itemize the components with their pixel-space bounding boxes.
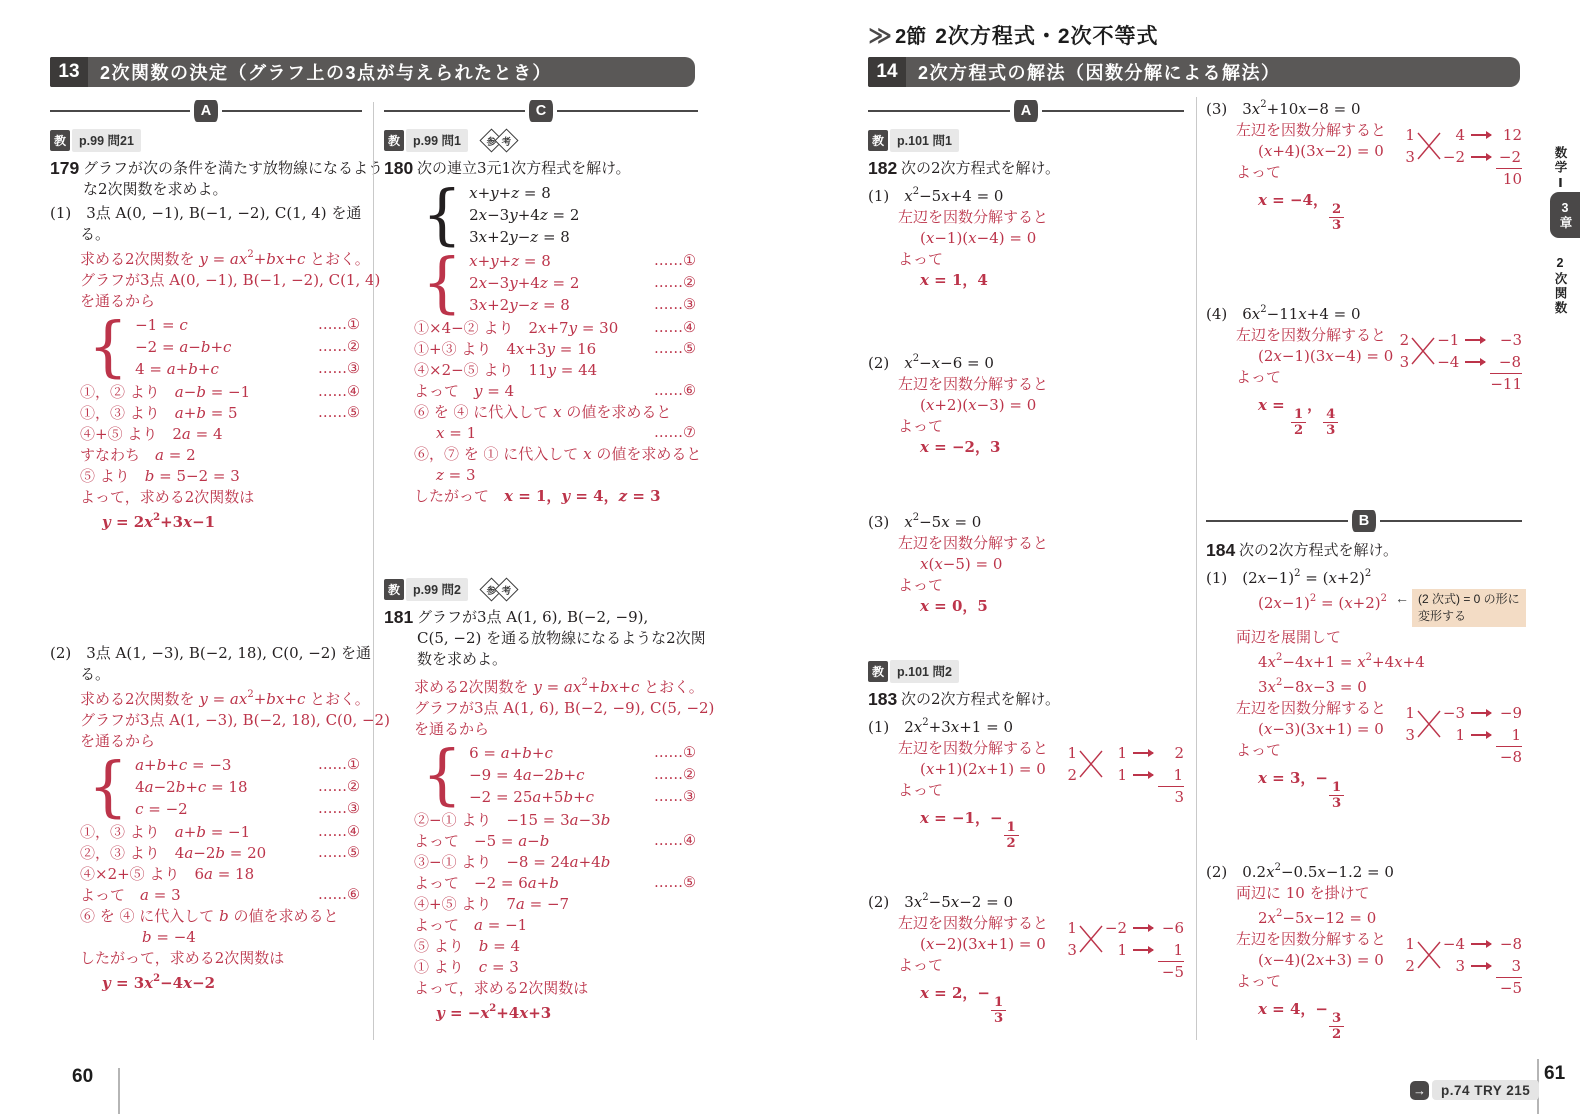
right-arrow-icon [1465, 361, 1485, 363]
chapter-section-heading: ≫ 2節 2次方程式・2次不等式 [868, 20, 1159, 50]
line-text: 3x+2y−z = 8 [469, 228, 570, 246]
solution-line: 左辺を因数分解すると [1206, 120, 1405, 141]
equation-number-marker: ……③ [318, 358, 360, 380]
cross-middle-factors: 4−2 [1443, 124, 1465, 168]
solution-line: 左辺を因数分解すると [868, 533, 1184, 554]
problem: 183次の2次方程式を解け。 [868, 689, 1184, 710]
cross-products: −3−8−11 [1490, 329, 1522, 395]
arrow-row [1471, 146, 1491, 168]
cross-product: −8 [1490, 351, 1522, 373]
textbook-icon: 教 [868, 661, 888, 682]
textbook-page-ref: p.101 問1 [890, 129, 959, 152]
solution-line: ①×4−② より 2x+7y = 30……④ [384, 318, 698, 339]
line-text: (2x−1)(3x−4) = 0 [1258, 347, 1393, 365]
spacer [1206, 234, 1522, 300]
solution-row: 左辺を因数分解すると(x+1)(2x+1) = 0よって1211213 [868, 738, 1184, 808]
line-text: −2 = a−b+c [135, 338, 231, 356]
right-arrow-icon [1471, 156, 1491, 158]
line-text: 3x+2y−z = 8 [469, 296, 570, 314]
equation-number-marker: ……⑤ [318, 403, 360, 424]
solution-line: よって [868, 249, 1184, 270]
solution-line: したがって x = 1，y = 4，z = 3 [384, 486, 698, 507]
section-heading-number: 2節 [895, 20, 926, 49]
solution-row-lines: 左辺を因数分解すると(x−2)(3x+1) = 0よって [868, 913, 1067, 976]
cross-multiplication-diagram: 13−21−61−5 [1067, 917, 1184, 983]
cross-product: 2 [1158, 742, 1184, 764]
line-text: (3) 3x2+10x−8 = 0 [1206, 100, 1361, 118]
problem-text-line: (2) 3x2−5x−2 = 0 [868, 888, 1184, 913]
line-text: よって [1236, 368, 1281, 386]
solution-line: ⑥ を ④ に代入して b の値を求めると [50, 906, 362, 927]
system-rows: x+y+z = 82x−3y+4z = 23x+2y−z = 8 [469, 182, 698, 248]
line-text: (x−4)(2x+3) = 0 [1258, 951, 1384, 969]
equation-number-marker: ……① [318, 314, 360, 336]
solution-line: よって，求める2次関数は [384, 978, 698, 999]
solution-row-lines: 左辺を因数分解すると(x+1)(2x+1) = 0よって [868, 738, 1067, 801]
solution-line: x = −1，−12 [868, 808, 1184, 852]
solution-line: x+y+z = 8……① [469, 250, 698, 272]
solution-line: y = 2x2+3x−1 [50, 508, 362, 533]
solution-line: ①，③ より a+b = −1……④ [50, 822, 362, 843]
cross-arrows [1133, 742, 1153, 786]
line-text: 両辺を展開して [1236, 628, 1341, 646]
equation-number-marker: ……③ [654, 786, 696, 808]
reference-badge: 参考 [484, 581, 514, 598]
equation-system: {a+b+c = −3……①4a−2b+c = 18……②c = −2……③ [88, 754, 362, 820]
line-text: ①，③ より a+b = 5 [80, 404, 238, 422]
line-text: (x−2)(3x+1) = 0 [920, 935, 1046, 953]
cross-lines-icon [1079, 745, 1103, 787]
textbook-page-ref: p.99 問2 [406, 578, 468, 601]
cross-arrows [1471, 702, 1491, 746]
problem-text-line: (3) x2−5x = 0 [868, 508, 1184, 533]
cross-left-factors: 23 [1400, 329, 1410, 373]
problem-number: 182 [868, 158, 901, 179]
arrow-glyph: → [1413, 1083, 1426, 1098]
line-text: x = 1，4 [920, 271, 988, 289]
solution-line: よって a = −1 [384, 915, 698, 936]
section-level-marker: A [50, 100, 362, 122]
spacer [1206, 438, 1522, 510]
line-text: −9 = 4a−2b+c [469, 766, 584, 784]
problem-number: 180 [384, 158, 417, 179]
problem-number: 181 [384, 607, 417, 670]
equation-number-marker: ……② [654, 764, 696, 786]
line-text: x = 2，−13 [920, 984, 1007, 1002]
reference-badge-diamond: 考 [494, 128, 518, 152]
line-text: 2x−3y+4z = 2 [469, 206, 579, 224]
problem-text-line: (1) x2−5x+4 = 0 [868, 182, 1184, 207]
line-text: (4) 6x2−11x+4 = 0 [1206, 305, 1361, 323]
sidebar-subject-label: 数学Ⅰ [1551, 146, 1569, 192]
cross-multiplication-diagram: 134−212−210 [1405, 124, 1522, 190]
line-text: を通るから [80, 292, 155, 310]
solution-line: 左辺を因数分解すると [868, 207, 1184, 228]
solution-line: ①，② より a−b = −1……④ [50, 382, 362, 403]
line-text: y = 3x2−4x−2 [102, 974, 215, 992]
section-number-14: 14 [868, 57, 906, 87]
cross-value: 2 [1405, 955, 1415, 977]
solution-line: ④×2+⑤ より 6a = 18 [50, 864, 362, 885]
section-level-marker: A [868, 100, 1184, 122]
cross-product-underlined: 1 [1158, 939, 1184, 962]
line-text: x = 3，−13 [1258, 769, 1345, 787]
line-text: ① より c = 3 [414, 958, 519, 976]
line-text: x = 1 [436, 424, 476, 442]
cross-value: −4 [1437, 351, 1459, 373]
right-arrow-icon [1133, 752, 1153, 754]
arrow-row [1471, 702, 1491, 724]
solution-line: 求める2次関数を y = ax2+bx+c とおく。 [50, 245, 362, 270]
line-text: (x+1)(2x+1) = 0 [920, 760, 1046, 778]
line-text: ④×2+⑤ より 6a = 18 [80, 865, 254, 883]
textbook-icon: 教 [384, 130, 404, 151]
solution-line: ④+⑤ より 7a = −7 [384, 894, 698, 915]
section-number-13: 13 [50, 57, 88, 87]
line-text: 4x2−4x+1 = x2+4x+4 [1258, 653, 1425, 671]
line-text: 左辺を因数分解すると [1236, 326, 1386, 344]
line-text: る。 [80, 225, 110, 243]
cross-value: −3 [1443, 702, 1465, 724]
line-text: 求める2次関数を y = ax2+bx+c とおく。 [80, 250, 370, 268]
solution-row: 左辺を因数分解すると(x−3)(3x+1) = 0よって13−31−91−8 [1206, 698, 1522, 768]
line-text: よって a = −1 [414, 916, 527, 934]
line-text: 4 = a+b+c [135, 360, 219, 378]
line-text: 左辺を因数分解すると [898, 534, 1048, 552]
problem-text-line: る。 [50, 664, 362, 685]
line-text: 両辺に 10 を掛けて [1236, 884, 1370, 902]
spacer [868, 291, 1184, 349]
equation-system: {x+y+z = 82x−3y+4z = 23x+2y−z = 8 [422, 182, 698, 248]
sidebar-chapter-title: 2次関数 [1551, 256, 1569, 316]
cross-product: −8 [1496, 933, 1522, 955]
line-text: ⑥，⑦ を ① に代入して x の値を求めると [414, 445, 701, 463]
solution-line: x = 12，43 [1206, 395, 1522, 439]
line-text: ④+⑤ より 7a = −7 [414, 895, 569, 913]
spacer [868, 617, 1184, 659]
solution-line: c = −2……③ [135, 798, 362, 820]
annotation-note-line: 変形する [1418, 608, 1520, 625]
section-14-header-bar: 14 2次方程式の解法（因数分解による解法） [868, 57, 1520, 87]
textbook-reference-tag: 教p.99 問2参考 [384, 579, 698, 599]
equation-number-marker: ……⑥ [318, 885, 360, 906]
solution-line: ⑤ より b = 5−2 = 3 [50, 466, 362, 487]
line-text: ①，③ より a+b = −1 [80, 823, 250, 841]
equation-number-marker: ……② [318, 336, 360, 358]
solution-line: よって [868, 416, 1184, 437]
line-text-bold: x = 1，y = 4，z = 3 [504, 487, 661, 505]
section-level-marker: C [384, 100, 698, 122]
solution-line: x = 3，−13 [1206, 768, 1522, 812]
reference-badge: 参考 [484, 132, 514, 149]
cross-value: 3 [1405, 724, 1415, 746]
cross-value: 1 [1105, 764, 1127, 786]
reference-badge-diamond: 考 [494, 577, 518, 601]
line-text: x+y+z = 8 [469, 252, 551, 270]
solution-line: −9 = 4a−2b+c……② [469, 764, 698, 786]
line-text: 左辺を因数分解すると [1236, 121, 1386, 139]
system-rows: x+y+z = 8……①2x−3y+4z = 2……②3x+2y−z = 8……… [469, 250, 698, 316]
problem-statement-line: グラフが3点 A(1, 6), B(−2, −9), [417, 607, 706, 628]
equation-number-marker: ……⑤ [654, 339, 696, 360]
line-text: したがって [414, 487, 504, 505]
page-number-left: 60 [72, 1066, 93, 1088]
right-arrow-icon [1471, 734, 1491, 736]
line-text: x = −1，−12 [920, 809, 1020, 827]
solution-line: y = −x2+4x+3 [384, 999, 698, 1024]
textbook-icon: 教 [384, 579, 404, 600]
solution-line: 4a−2b+c = 18……② [135, 776, 362, 798]
line-text: b = −4 [142, 928, 196, 946]
section-level-badge: A [1010, 100, 1042, 122]
line-text: よって [1236, 741, 1281, 759]
line-text: (3) x2−5x = 0 [868, 513, 981, 531]
equation-number-marker: ……① [318, 754, 360, 776]
problem-statement: 次の2次方程式を解け。 [1239, 540, 1522, 561]
problem-text-line: (4) 6x2−11x+4 = 0 [1206, 300, 1522, 325]
problem: 184次の2次方程式を解け。 [1206, 540, 1522, 561]
line-text: ⑤ より b = 5−2 = 3 [80, 467, 240, 485]
solution-line: 求める2次関数を y = ax2+bx+c とおく。 [50, 685, 362, 710]
problem-text-line: る。 [50, 224, 362, 245]
textbook-reference-tag: 教p.101 問1 [868, 130, 1184, 150]
solution-line: 6 = a+b+c……① [469, 742, 698, 764]
arrow-row [1471, 124, 1491, 146]
problem-number: 184 [1206, 540, 1239, 561]
cross-value: 1 [1105, 742, 1127, 764]
textbook-icon: 教 [50, 130, 70, 151]
solution-line: よって [868, 575, 1184, 596]
equation-number-marker: ……① [654, 250, 696, 272]
system-rows: −1 = c……①−2 = a−b+c……②4 = a+b+c……③ [135, 314, 362, 380]
line-text: よって [898, 576, 943, 594]
chevron-right-icon: ≫ [868, 22, 892, 49]
section-level-badge: B [1348, 510, 1380, 532]
right-arrow-icon [1465, 339, 1485, 341]
annotation-note: ←(2 次式) = 0 の形に変形する [1395, 589, 1526, 627]
equation-number-marker: ……③ [318, 798, 360, 820]
page-edge-mark-left [118, 1068, 120, 1114]
arrow-row [1465, 351, 1485, 373]
solution-row: 左辺を因数分解すると(x+4)(3x−2) = 0よって134−212−210 [1206, 120, 1522, 190]
cross-left-factors: 12 [1067, 742, 1077, 786]
cross-products: 213 [1158, 742, 1184, 808]
solution-line: 左辺を因数分解すると [868, 913, 1067, 934]
cross-lines-icon [1417, 127, 1441, 169]
line-text: (1) (2x−1)2 = (x+2)2 [1206, 569, 1371, 587]
problem-text-line: 2x−3y+4z = 2 [469, 204, 698, 226]
solution-line: 左辺を因数分解すると [868, 374, 1184, 395]
equation-number-marker: ……④ [318, 822, 360, 843]
solution-line: よって −5 = a−b……④ [384, 831, 698, 852]
line-text: (1) x2−5x+4 = 0 [868, 187, 1003, 205]
line-text: x = −4，23 [1258, 191, 1345, 209]
line-text: 4a−2b+c = 18 [135, 778, 247, 796]
cross-left-factors: 13 [1067, 917, 1077, 961]
solution-line: よって [1206, 740, 1405, 761]
spacer [384, 507, 698, 577]
solution-line: 両辺に 10 を掛けて [1206, 883, 1522, 904]
textbook-page-ref: p.101 問2 [890, 660, 959, 683]
spacer [1206, 812, 1522, 858]
sidebar-chapter-label: 3章 [1556, 201, 1574, 230]
cross-value: 3 [1405, 146, 1415, 168]
cross-left-factors: 13 [1405, 702, 1415, 746]
cross-product-underlined: 1 [1496, 724, 1522, 747]
cross-sum: −5 [1496, 977, 1522, 999]
textbook-reference-tag: 教p.99 問1参考 [384, 130, 698, 150]
right-arrow-icon [1133, 774, 1153, 776]
line-text: よって a = 3 [80, 886, 181, 904]
equation-number-marker: ……① [654, 742, 696, 764]
cross-products: −61−5 [1158, 917, 1184, 983]
annotation-note-box: (2 次式) = 0 の形に変形する [1412, 589, 1526, 627]
cross-product: 1 [1158, 764, 1184, 786]
spacer [868, 458, 1184, 508]
solution-row-lines: 左辺を因数分解すると(2x−1)(3x−4) = 0よって [1206, 325, 1400, 388]
solution-row: 左辺を因数分解すると(x−2)(3x+1) = 0よって13−21−61−5 [868, 913, 1184, 983]
line-text: よって −2 = 6a+b [414, 874, 559, 892]
line-text: (x−1)(x−4) = 0 [920, 229, 1036, 247]
solution-line: よって [1206, 367, 1400, 388]
equation-number-marker: ……② [318, 776, 360, 798]
line-text: c = −2 [135, 800, 188, 818]
cross-product: −6 [1158, 917, 1184, 939]
solution-line: ③−① より −8 = 24a+4b [384, 852, 698, 873]
line-text: したがって，求める2次関数は [80, 949, 284, 967]
arrow-row [1133, 917, 1153, 939]
cross-product: 3 [1496, 955, 1522, 977]
line-text: グラフが3点 A(1, 6), B(−2, −9), C(5, −2) [414, 699, 714, 717]
line-text: x = 4，−32 [1258, 1000, 1345, 1018]
line-text: を通るから [414, 720, 489, 738]
line-text: a+b+c = −3 [135, 756, 231, 774]
solution-line: a+b+c = −3……① [135, 754, 362, 776]
solution-line: 左辺を因数分解すると [1206, 698, 1405, 719]
line-text: ①，② より a−b = −1 [80, 383, 250, 401]
cross-lines-icon [1417, 936, 1441, 978]
line-text: ①+③ より 4x+3y = 16 [414, 340, 596, 358]
line-text: (1) 3点 A(0, −1), B(−1, −2), C(1, 4) を通 [50, 204, 361, 222]
problem-statement: 次の2次方程式を解け。 [901, 689, 1184, 710]
cross-product: 1 [1158, 939, 1184, 961]
line-text: 3x2−8x−3 = 0 [1258, 678, 1367, 696]
line-text: よって [898, 956, 943, 974]
section-level-marker: B [1206, 510, 1522, 532]
equation-number-marker: ……⑤ [318, 843, 360, 864]
right-page-column-1: A教p.101 問1182次の2次方程式を解け。(1) x2−5x+4 = 0左… [868, 100, 1184, 1026]
cross-product-underlined: 3 [1496, 955, 1522, 978]
problem-statement-line: な2次関数を求めよ。 [83, 179, 383, 200]
line-text: −2 = 25a+5b+c [469, 788, 594, 806]
right-arrow-icon [1471, 965, 1491, 967]
line-text: よって [898, 250, 943, 268]
try-reference-label: p.74 TRY 215 [1432, 1080, 1539, 1100]
cross-middle-factors: −31 [1443, 702, 1465, 746]
cross-value: −2 [1105, 917, 1127, 939]
line-text: よって y = 4 [414, 382, 514, 400]
system-rows: 6 = a+b+c……①−9 = 4a−2b+c……②−2 = 25a+5b+c… [469, 742, 698, 808]
solution-line: (x−4)(2x+3) = 0 [1206, 950, 1405, 971]
solution-line: (x−3)(3x+1) = 0 [1206, 719, 1405, 740]
cross-sum: −8 [1496, 746, 1522, 768]
problem-text-line: (1) (2x−1)2 = (x+2)2 [1206, 564, 1522, 589]
line-text: y = 2x2+3x−1 [102, 513, 215, 531]
cross-value: 2 [1067, 764, 1077, 786]
problem-statement: グラフが3点 A(1, 6), B(−2, −9),C(5, −2) を通る放物… [417, 607, 706, 670]
cross-multiplication-diagram: 13−31−91−8 [1405, 702, 1522, 768]
reference-badge-char: 考 [502, 133, 512, 147]
line-text: 左辺を因数分解すると [898, 375, 1048, 393]
line-text: 求める2次関数を y = ax2+bx+c とおく。 [80, 690, 370, 708]
right-arrow-icon [1133, 949, 1153, 951]
section-heading-title: 2次方程式・2次不等式 [935, 20, 1158, 50]
cross-value: 3 [1067, 939, 1077, 961]
problem-statement-line: 次の2次方程式を解け。 [901, 689, 1184, 710]
cross-middle-factors: 11 [1105, 742, 1127, 786]
solution-line: 左辺を因数分解すると [1206, 325, 1400, 346]
solution-row: 左辺を因数分解すると(x−4)(2x+3) = 0よって12−43−83−5 [1206, 929, 1522, 999]
line-text: (x−3)(3x+1) = 0 [1258, 720, 1384, 738]
equation-system: {−1 = c……①−2 = a−b+c……②4 = a+b+c……③ [88, 314, 362, 380]
line-text: ⑤ より b = 4 [414, 937, 520, 955]
solution-line: ⑤ より b = 4 [384, 936, 698, 957]
cross-value: 1 [1405, 933, 1415, 955]
line-text: z = 3 [436, 466, 476, 484]
problem-text-line: 3x+2y−z = 8 [469, 226, 698, 248]
line-text: y = −x2+4x+3 [436, 1004, 551, 1022]
problem: 179グラフが次の条件を満たす放物線になるような2次関数を求めよ。 [50, 158, 362, 200]
problem-statement-line: 次の2次方程式を解け。 [1239, 540, 1522, 561]
cross-value: 1 [1067, 917, 1077, 939]
solution-line: 求める2次関数を y = ax2+bx+c とおく。 [384, 673, 698, 698]
cross-products: 12−210 [1496, 124, 1522, 190]
solution-line: (x−2)(3x+1) = 0 [868, 934, 1067, 955]
line-text: グラフが3点 A(0, −1), B(−1, −2), C(1, 4) [80, 271, 380, 289]
line-text: 2x2−5x−12 = 0 [1258, 909, 1376, 927]
solution-line: よって −2 = 6a+b……⑤ [384, 873, 698, 894]
cross-lines-icon [1411, 332, 1435, 374]
right-arrow-icon [1133, 927, 1153, 929]
equation-number-marker: ……⑤ [654, 873, 696, 894]
cross-sum: −5 [1158, 961, 1184, 983]
line-text: (x+2)(x−3) = 0 [920, 396, 1036, 414]
line-text: を通るから [80, 732, 155, 750]
line-text: ②−① より −15 = 3a−3b [414, 811, 610, 829]
solution-row-lines: 左辺を因数分解すると(x−4)(2x+3) = 0よって [1206, 929, 1405, 992]
cross-product-underlined: −8 [1490, 351, 1522, 374]
cross-middle-factors: −43 [1443, 933, 1465, 977]
line-text: 求める2次関数を y = ax2+bx+c とおく。 [414, 678, 704, 696]
line-text: よって [898, 417, 943, 435]
solution-line: よって [868, 780, 1067, 801]
cross-sum: 3 [1158, 786, 1184, 808]
problem-text-line: (2) 0.2x2−0.5x−1.2 = 0 [1206, 858, 1522, 883]
problem-text-line: x+y+z = 8 [469, 182, 698, 204]
left-page-column-1: A教p.99 問21179グラフが次の条件を満たす放物線になるような2次関数を求… [50, 100, 362, 994]
problem-statement: 次の2次方程式を解け。 [901, 158, 1184, 179]
problem: 181グラフが3点 A(1, 6), B(−2, −9),C(5, −2) を通… [384, 607, 698, 670]
line-text: 左辺を因数分解すると [898, 914, 1048, 932]
section-level-badge: C [525, 100, 557, 122]
solution-line: ④+⑤ より 2a = 4 [50, 424, 362, 445]
cross-value: −4 [1443, 933, 1465, 955]
line-text: よって，求める2次関数は [80, 488, 254, 506]
problem-text-line: (2) x2−x−6 = 0 [868, 349, 1184, 374]
textbook-page-ref: p.99 問1 [406, 129, 468, 152]
solution-line: x = −2，3 [868, 437, 1184, 458]
solution-line: 3x+2y−z = 8……③ [469, 294, 698, 316]
